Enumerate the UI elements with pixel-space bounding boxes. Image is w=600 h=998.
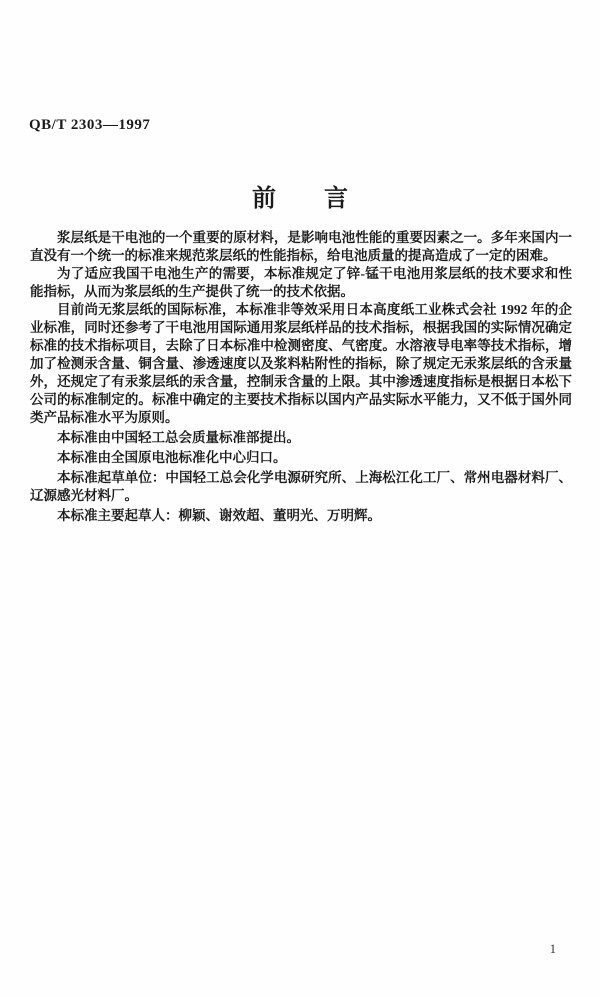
foreword-body: 浆层纸是干电池的一个重要的原材料，是影响电池性能的重要因素之一。多年来国内一直没… <box>30 229 572 525</box>
foreword-paragraph: 浆层纸是干电池的一个重要的原材料，是影响电池性能的重要因素之一。多年来国内一直没… <box>30 229 572 265</box>
document-page: QB/T 2303—1997 前 言 浆层纸是干电池的一个重要的原材料，是影响电… <box>0 0 600 998</box>
standard-number: QB/T 2303—1997 <box>29 117 150 134</box>
foreword-paragraph: 本标准由中国轻工总会质量标准部提出。 <box>30 429 572 447</box>
page-number: 1 <box>550 942 556 957</box>
foreword-paragraph: 目前尚无浆层纸的国际标准，本标准非等效采用日本高度纸工业株式会社 1992 年的… <box>30 301 572 427</box>
foreword-paragraph: 本标准由全国原电池标准化中心归口。 <box>30 449 572 467</box>
foreword-paragraph: 本标准主要起草人：柳颖、谢效超、董明光、万明辉。 <box>30 507 572 525</box>
foreword-paragraph: 为了适应我国干电池生产的需要，本标准规定了锌-锰干电池用浆层纸的技术要求和性能指… <box>30 265 572 301</box>
foreword-paragraph: 本标准起草单位：中国轻工总会化学电源研究所、上海松江化工厂、常州电器材料厂、辽源… <box>30 469 572 505</box>
page-title: 前 言 <box>0 185 600 213</box>
